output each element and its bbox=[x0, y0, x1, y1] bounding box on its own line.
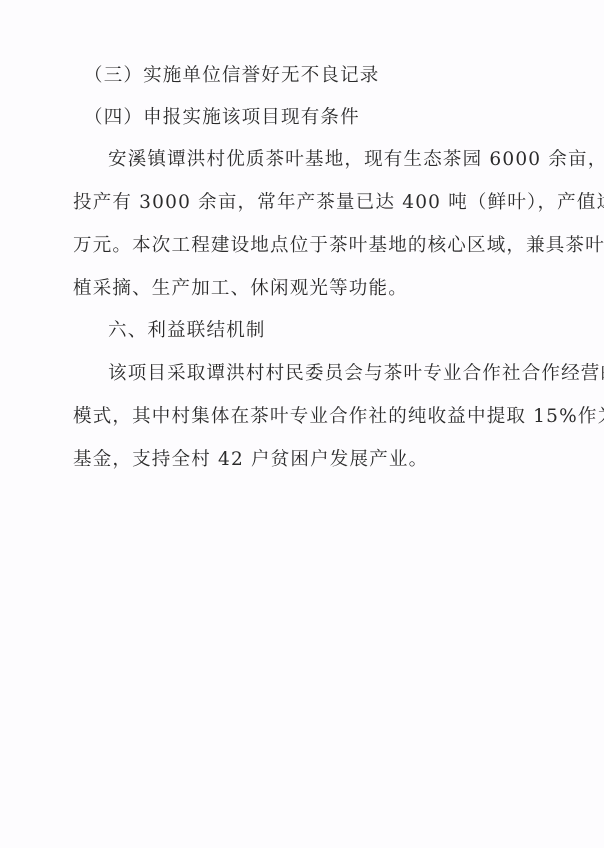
paragraph-line: 基金，支持全村 42 户贫困户发展产业。 bbox=[73, 448, 561, 472]
heading-benefit-linkage-mechanism: 六、利益联结机制 bbox=[108, 319, 561, 343]
paragraph-line: 安溪镇谭洪村优质茶叶基地，现有生态茶园 6000 余亩，正式 bbox=[108, 148, 561, 172]
document-page: （三）实施单位信誉好无不良记录 （四）申报实施该项目现有条件 安溪镇谭洪村优质茶… bbox=[0, 0, 604, 848]
paragraph-line: 植采摘、生产加工、休闲观光等功能。 bbox=[73, 277, 561, 301]
heading-implementing-unit-credit: （三）实施单位信誉好无不良记录 bbox=[84, 64, 572, 88]
paragraph-line: 模式，其中村集体在茶叶专业合作社的纯收益中提取 15%作为扶贫 bbox=[73, 405, 561, 429]
paragraph-line: 投产有 3000 余亩，常年产茶量已达 400 吨（鲜叶），产值达 3000 bbox=[73, 191, 561, 215]
paragraph-line: 该项目采取谭洪村村民委员会与茶叶专业合作社合作经营的 bbox=[108, 362, 561, 386]
heading-existing-conditions: （四）申报实施该项目现有条件 bbox=[84, 106, 572, 130]
paragraph-line: 万元。本次工程建设地点位于茶叶基地的核心区域，兼具茶叶种 bbox=[73, 234, 561, 258]
